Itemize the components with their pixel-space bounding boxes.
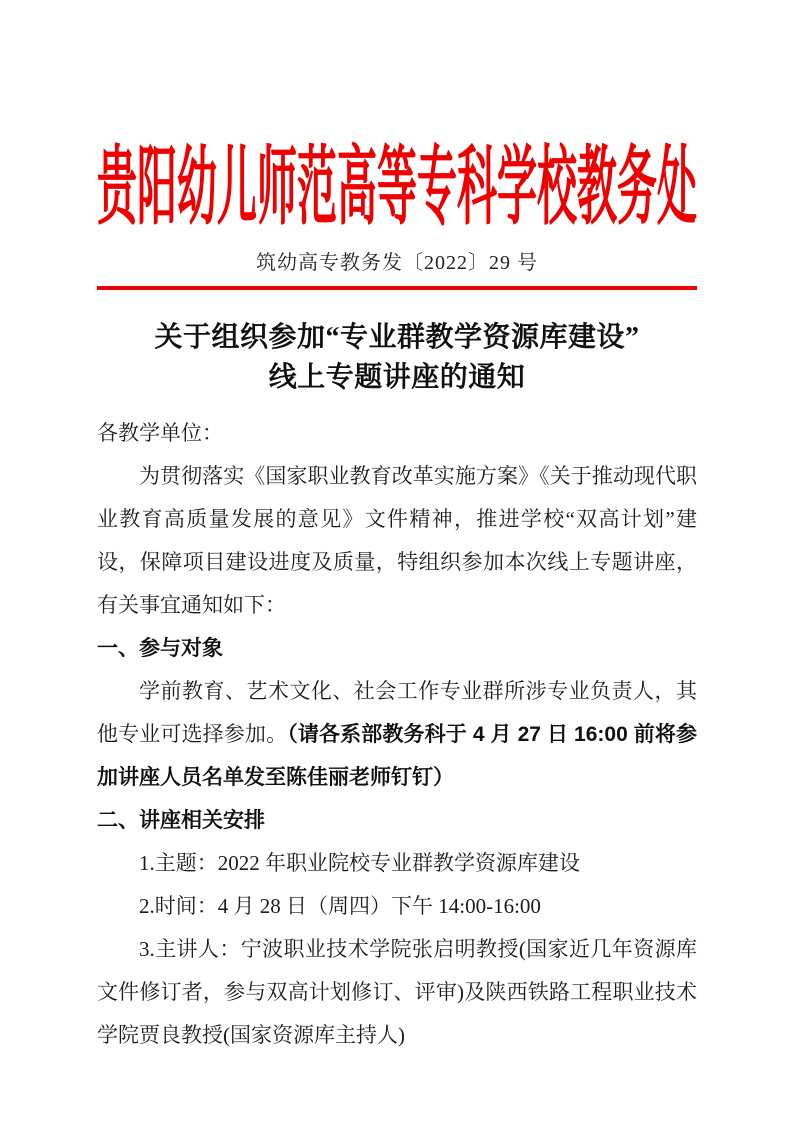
section-2-item-topic: 1.主题：2022 年职业院校专业群教学资源库建设 <box>97 842 697 885</box>
notice-title-line-1: 关于组织参加“专业群教学资源库建设” <box>97 318 697 358</box>
notice-body: 各教学单位： 为贯彻落实《国家职业教育改革实施方案》《关于推动现代职业教育高质量… <box>97 412 697 1057</box>
section-1-heading: 一、参与对象 <box>97 627 697 670</box>
intro-paragraph: 为贯彻落实《国家职业教育改革实施方案》《关于推动现代职业教育高质量发展的意见》文… <box>97 455 697 627</box>
section-2-heading: 二、讲座相关安排 <box>97 799 697 842</box>
notice-title-line-2: 线上专题讲座的通知 <box>97 358 697 398</box>
section-2-item-time: 2.时间：4 月 28 日（周四）下午 14:00-16:00 <box>97 885 697 928</box>
red-divider-rule <box>97 286 697 290</box>
letterhead-title: 贵阳幼儿师范高等专科学校教务处 <box>97 143 697 233</box>
section-2-item-speakers: 3.主讲人：宁波职业技术学院张启明教授(国家近几年资源库文件修订者，参与双高计划… <box>97 928 697 1057</box>
section-1-paragraph: 学前教育、艺术文化、社会工作专业群所涉专业负责人，其他专业可选择参加。（请各系部… <box>97 670 697 799</box>
letterhead-banner: 贵阳幼儿师范高等专科学校教务处 <box>97 143 697 239</box>
notice-page: 贵阳幼儿师范高等专科学校教务处 筑幼高专教务发〔2022〕29 号 关于组织参加… <box>0 0 793 1122</box>
salutation: 各教学单位： <box>97 412 697 455</box>
document-number: 筑幼高专教务发〔2022〕29 号 <box>97 249 697 277</box>
notice-title: 关于组织参加“专业群教学资源库建设” 线上专题讲座的通知 <box>97 318 697 398</box>
